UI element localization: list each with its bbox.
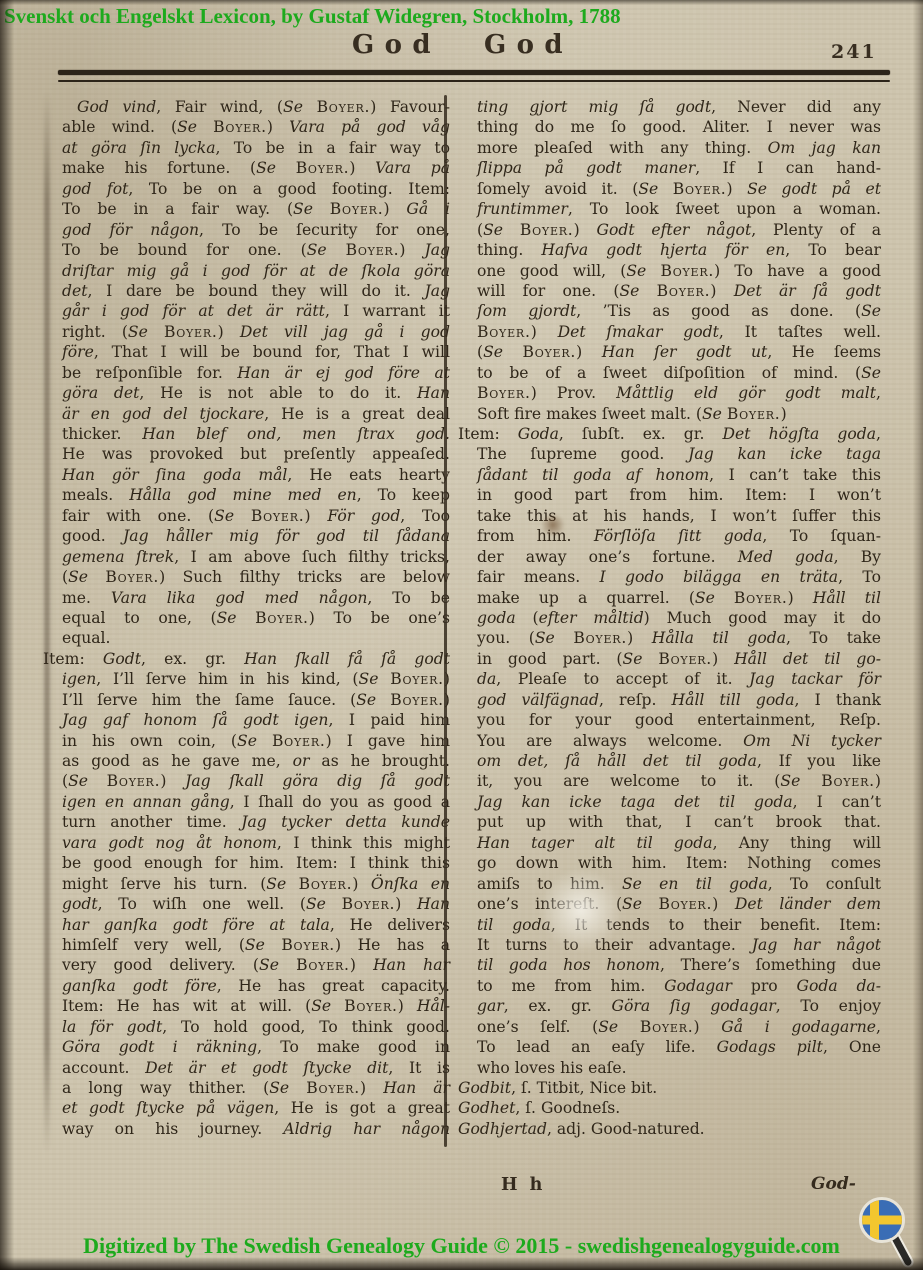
- text-line: goda (efter måltid) Much good may it do: [477, 608, 881, 628]
- text-line: in his own coin, (Se Boyer.) I gave him: [62, 731, 450, 751]
- text-line: meals. Hålla god mine med en, To keep: [62, 485, 450, 505]
- text-line: in good part. (Se Boyer.) Håll det til g…: [477, 649, 881, 669]
- text-line: be reſponſible for. Han är ej god före a…: [62, 363, 450, 383]
- text-line: et godt ſtycke på vägen, He is got a gre…: [62, 1098, 450, 1118]
- page-edge-shadow-left: [0, 0, 14, 1270]
- text-line: be good enough for him. Item: I think th…: [62, 853, 450, 873]
- text-line: equal to one, (Se Boyer.) To be one’s: [62, 608, 450, 628]
- text-line: före, That I will be bound for, That I w…: [62, 342, 450, 362]
- text-line: It turns to their advantage. Jag har någ…: [477, 935, 881, 955]
- text-line: good. Jag håller mig för god til ſådana: [62, 526, 450, 546]
- text-line: He was provoked but preſently appeaſed.: [62, 444, 450, 464]
- text-line: To be bound for one. (Se Boyer.) Jag: [62, 240, 450, 260]
- text-line: Göra godt i räkning, To make good in: [62, 1037, 450, 1057]
- right-text-column: ting gjort mig ſå godt, Never did anythi…: [458, 97, 881, 1139]
- text-line: god för någon, To be ſecurity for one,: [62, 220, 450, 240]
- text-line: make his fortune. (Se Boyer.) Vara på: [62, 158, 450, 178]
- text-line: ganſka godt före, He has great capacity.: [62, 976, 450, 996]
- text-line: will for one. (Se Boyer.) Det är ſå godt: [477, 281, 881, 301]
- text-line: Item: Goda, ſubſt. ex. gr. Det högſta go…: [458, 424, 881, 444]
- running-head-right: God: [484, 30, 573, 60]
- text-line: you. (Se Boyer.) Hålla til goda, To take: [477, 628, 881, 648]
- header-rule-thin: [58, 80, 890, 82]
- text-line: in good part from him. Item: I won’t: [477, 485, 881, 505]
- text-line: The ſupreme good. Jag kan icke taga: [477, 444, 881, 464]
- text-line: ſådant til goda af honom, I can’t take t…: [477, 465, 881, 485]
- text-line: igen, I’ll ſerve him in his kind, (Se Bo…: [62, 669, 450, 689]
- header-rule-thick: [58, 70, 890, 75]
- text-line: det, I dare be bound they will do it. Ja…: [62, 281, 450, 301]
- text-line: om det, ſå håll det til goda, If you lik…: [477, 751, 881, 771]
- text-line: Godbit, ſ. Titbit, Nice bit.: [458, 1078, 881, 1098]
- text-line: from him. Förſlöſa ſitt goda, To ſquan-: [477, 526, 881, 546]
- text-line: fruntimmer, To look ſweet upon a woman.: [477, 199, 881, 219]
- text-line: turn another time. Jag tycker detta kund…: [62, 812, 450, 832]
- text-line: til goda hos honom, There’s ſomething du…: [477, 955, 881, 975]
- text-line: der away one’s fortune. Med goda, By: [477, 547, 881, 567]
- gutter-shadow: [44, 92, 50, 1152]
- text-line: ſomely avoid it. (Se Boyer.) Se godt på …: [477, 179, 881, 199]
- text-line: put up with that, I can’t brook that.: [477, 812, 881, 832]
- paper-stain-dark: [540, 514, 566, 536]
- text-line: go down with him. Item: Nothing comes: [477, 853, 881, 873]
- text-line: går i god för at det är rätt, I warrant …: [62, 301, 450, 321]
- text-line: thing. Hafva godt hjerta för en, To bear: [477, 240, 881, 260]
- text-line: gemena ſtrek, I am above ſuch filthy tri…: [62, 547, 450, 567]
- swedish-flag-magnifier-icon: [856, 1196, 916, 1268]
- column-divider-rule: [444, 95, 447, 1147]
- text-line: har ganſka godt före at tala, He deliver…: [62, 915, 450, 935]
- text-line: Jag kan icke taga det til goda, I can’t: [477, 792, 881, 812]
- text-line: gar, ex. gr. Göra ſig godagar, To enjoy: [477, 996, 881, 1016]
- paper-stain-light: [538, 868, 624, 952]
- text-line: To lead an eaſy life. Godags pilt, One: [477, 1037, 881, 1057]
- text-line: able wind. (Se Boyer.) Vara på god våg: [62, 117, 450, 137]
- text-line: (Se Boyer.) Han ſer godt ut, He ſeems: [477, 342, 881, 362]
- catchword: God-: [811, 1174, 856, 1194]
- text-line: account. Det är et godt ſtycke dit, It i…: [62, 1058, 450, 1078]
- text-line: I’ll ſerve him the ſame ſauce. (Se Boyer…: [62, 690, 450, 710]
- text-line: You are always welcome. Om Ni tycker: [477, 731, 881, 751]
- text-line: might ſerve his turn. (Se Boyer.) Önſka …: [62, 874, 450, 894]
- text-line: la för godt, To hold good, To think good…: [62, 1017, 450, 1037]
- text-line: take this at his hands, I won’t ſuffer t…: [477, 506, 881, 526]
- dictionary-scan-page: Svenskt och Engelskt Lexicon, by Gustaf …: [0, 0, 923, 1270]
- text-line: one good will, (Se Boyer.) To have a goo…: [477, 261, 881, 281]
- text-line: (Se Boyer.) Such filthy tricks are below: [62, 567, 450, 587]
- text-line: ſlippa på godt maner, If I can hand-: [477, 158, 881, 178]
- page-edge-shadow-right: [913, 0, 923, 1270]
- text-line: Godhjertad, adj. Good-natured.: [458, 1119, 881, 1139]
- text-line: god fot, To be on a good footing. Item:: [62, 179, 450, 199]
- text-line: God vind, Fair wind, (Se Boyer.) Favour-: [62, 97, 450, 117]
- text-line: (Se Boyer.) Jag ſkall göra dig ſå godt: [62, 771, 450, 791]
- text-line: to be of a ſweet diſpoſition of mind. (S…: [477, 363, 881, 383]
- page-number: 241: [831, 41, 877, 63]
- text-line: Boyer.) Prov. Måttlig eld gör godt malt,: [477, 383, 881, 403]
- text-line: right. (Se Boyer.) Det vill jag gå i god: [62, 322, 450, 342]
- text-line: way on his journey. Aldrig har någon: [62, 1119, 450, 1139]
- text-line: (Se Boyer.) Godt efter något, Plenty of …: [477, 220, 881, 240]
- text-line: Jag gaf honom ſå godt igen, I paid him: [62, 710, 450, 730]
- text-line: ſom gjordt, ’Tis as good as done. (Se: [477, 301, 881, 321]
- text-line: igen en annan gång, I ſhall do you as go…: [62, 792, 450, 812]
- text-line: a long way thither. (Se Boyer.) Han är: [62, 1078, 450, 1098]
- text-line: vara godt nog åt honom, I think this mig…: [62, 833, 450, 853]
- text-line: you for your good entertainment, Reſp.: [477, 710, 881, 730]
- text-line: himſelf very well, (Se Boyer.) He has a: [62, 935, 450, 955]
- text-line: Han gör ſina goda mål, He eats hearty: [62, 465, 450, 485]
- text-line: Soft fire makes ſweet malt. (Se Boyer.): [477, 404, 881, 424]
- text-line: it, you are welcome to it. (Se Boyer.): [477, 771, 881, 791]
- text-line: til goda, It tends to their benefit. Ite…: [477, 915, 881, 935]
- text-line: make up a quarrel. (Se Boyer.) Håll til: [477, 588, 881, 608]
- text-line: as good as he gave me, or as he brought.: [62, 751, 450, 771]
- text-line: godt, To wiſh one well. (Se Boyer.) Han: [62, 894, 450, 914]
- text-line: equal.: [62, 628, 450, 648]
- text-line: Godhet, ſ. Goodneſs.: [458, 1098, 881, 1118]
- running-head-left: God: [352, 30, 441, 60]
- text-line: who loves his eaſe.: [477, 1058, 881, 1078]
- text-line: more pleaſed with any thing. Om jag kan: [477, 138, 881, 158]
- digitized-header-text: Svenskt och Engelskt Lexicon, by Gustaf …: [4, 4, 621, 29]
- text-line: göra det, He is not able to do it. Han: [62, 383, 450, 403]
- text-line: Item: He has wit at will. (Se Boyer.) Hå…: [62, 996, 450, 1016]
- text-line: är en god del tjockare, He is a great de…: [62, 404, 450, 424]
- text-line: To be in a fair way. (Se Boyer.) Gå i: [62, 199, 450, 219]
- text-line: amiſs to him. Se en til goda, To conſult: [477, 874, 881, 894]
- text-line: to me from him. Godagar pro Goda da-: [477, 976, 881, 996]
- text-line: thicker. Han blef ond, men ſtrax god.: [62, 424, 450, 444]
- text-line: thing do me ſo good. Aliter. I never was: [477, 117, 881, 137]
- text-line: Han tager alt til goda, Any thing will: [477, 833, 881, 853]
- text-line: me. Vara lika god med någon, To be: [62, 588, 450, 608]
- text-line: one’s ſelf. (Se Boyer.) Gå i godagarne,: [477, 1017, 881, 1037]
- left-text-column: God vind, Fair wind, (Se Boyer.) Favour-…: [43, 97, 450, 1139]
- text-line: fair means. I godo bilägga en träta, To: [477, 567, 881, 587]
- text-line: driſtar mig gå i god för at de ſkola gör…: [62, 261, 450, 281]
- text-line: god välfägnad, reſp. Håll till goda, I t…: [477, 690, 881, 710]
- text-line: da, Pleaſe to accept of it. Jag tackar f…: [477, 669, 881, 689]
- text-line: Boyer.) Det ſmakar godt, It taſtes well.: [477, 322, 881, 342]
- digitized-footer-text: Digitized by The Swedish Genealogy Guide…: [0, 1233, 923, 1259]
- text-line: at göra ſin lycka, To be in a fair way t…: [62, 138, 450, 158]
- text-line: fair with one. (Se Boyer.) För god, Too: [62, 506, 450, 526]
- signature-mark: H h: [501, 1175, 545, 1195]
- text-line: very good delivery. (Se Boyer.) Han har: [62, 955, 450, 975]
- text-line: ting gjort mig ſå godt, Never did any: [477, 97, 881, 117]
- text-line: Item: Godt, ex. gr. Han ſkall få ſå godt: [43, 649, 450, 669]
